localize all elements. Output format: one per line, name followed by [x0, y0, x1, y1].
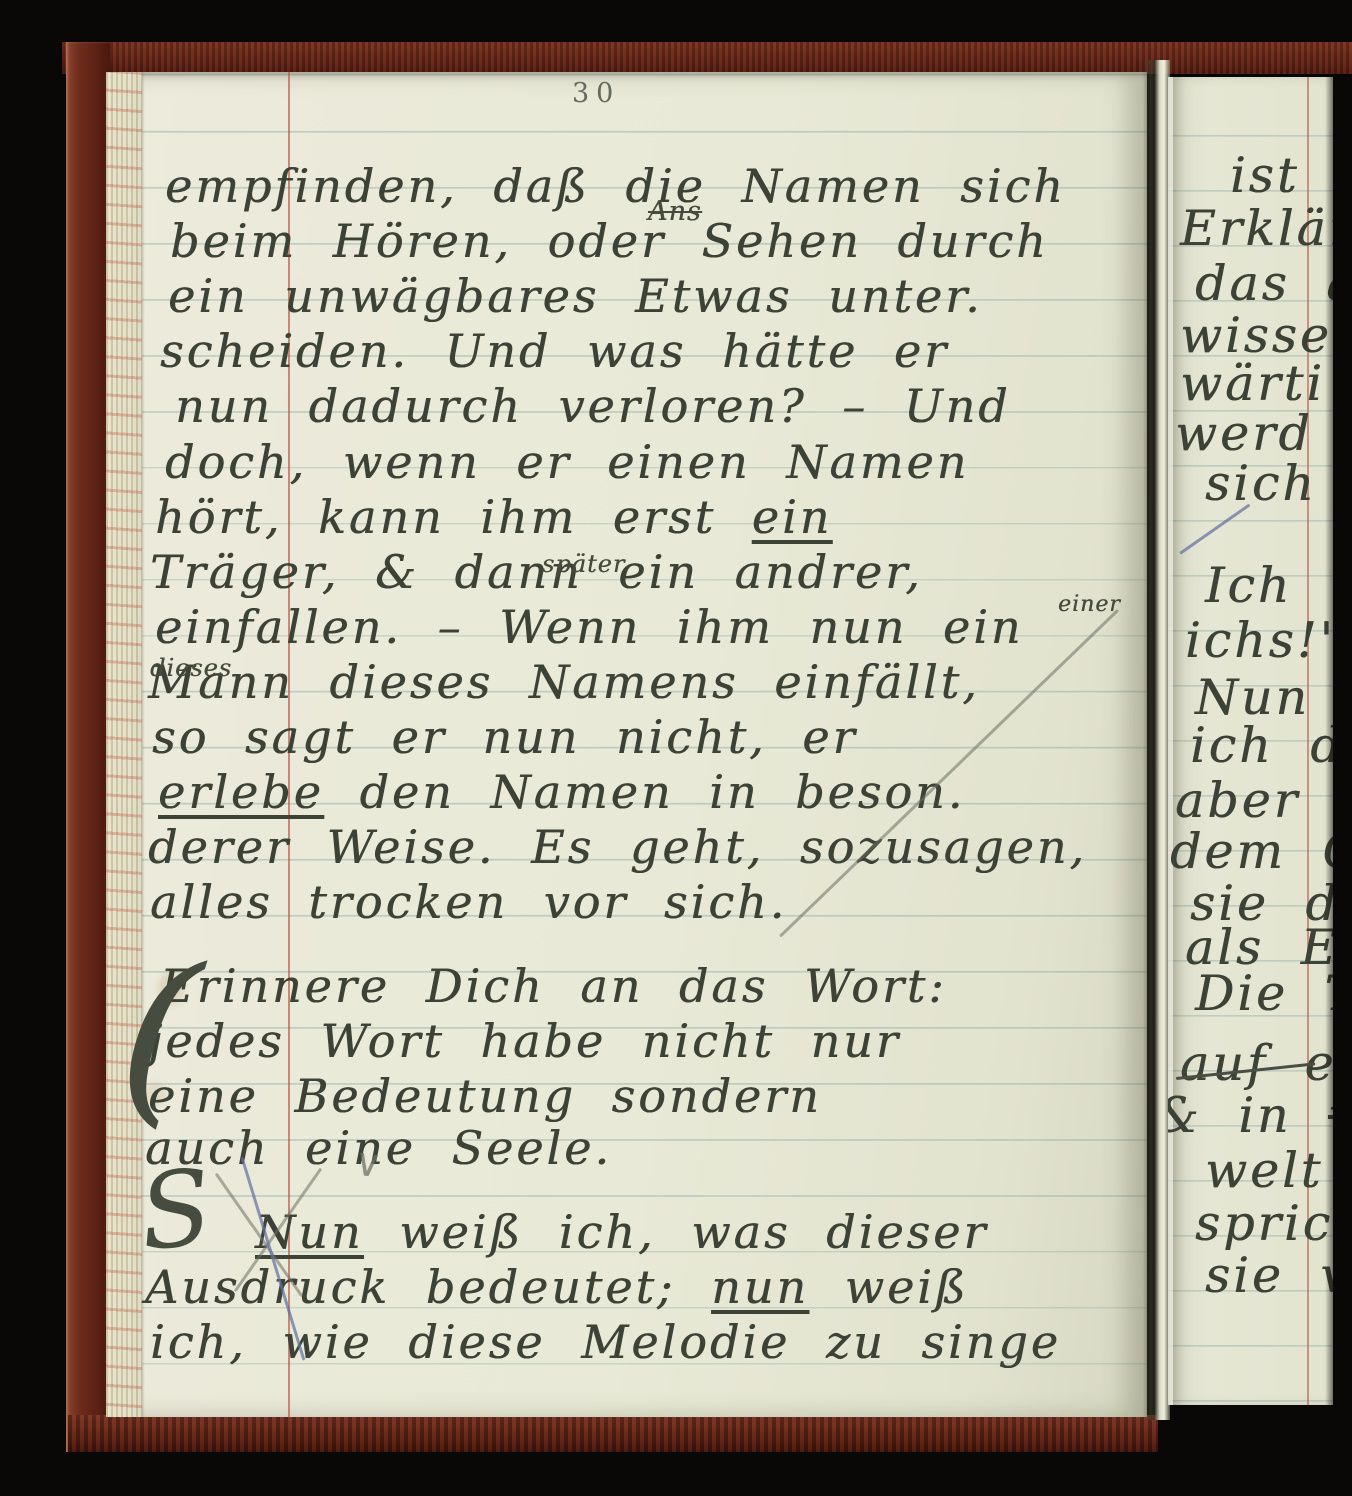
manuscript-word-group: sprich — [1195, 1195, 1333, 1252]
manuscript-word-group: wel — [1328, 1087, 1333, 1144]
manuscript-word-group: ein — [752, 490, 833, 544]
manuscript-line: & in wel — [1168, 1090, 1333, 1141]
manuscript-word-group: eine Bedeutung sondern — [148, 1069, 822, 1123]
right-page: ist —Erklärundas abwissenwärtiwerdsich u… — [1168, 77, 1333, 1405]
manuscript-word-group: ich, wie diese Melodie zu singe — [150, 1315, 1061, 1369]
manuscript-line: nun dadurch verloren? – Und — [175, 382, 1011, 430]
manuscript-line: wärti — [1180, 358, 1325, 409]
manuscript-line: derer Weise. Es geht, sozusagen, — [148, 823, 1087, 871]
page-number: 30 — [572, 78, 620, 109]
manuscript-word-group: Träger, & dann ein andrer, — [150, 545, 923, 599]
manuscript-word-group: den Namen in beson. — [324, 765, 965, 819]
manuscript-line: ist — — [1230, 150, 1333, 201]
manuscript-word-group: einfallen. – Wenn ihm nun ein — [155, 600, 1023, 654]
manuscript-line: jedes Wort habe nicht nur — [148, 1017, 901, 1065]
manuscript-word-group: so sagt er nun nicht, er — [152, 710, 858, 764]
manuscript-line: empfinden, daß die Namen sich — [165, 162, 1066, 210]
manuscript-word-group: nun — [711, 1260, 809, 1314]
gutter-fold — [1143, 60, 1170, 1420]
book-cover-spine — [66, 42, 110, 1452]
book-cover-bottom-edge — [68, 1415, 1158, 1452]
manuscript-word-group: doch, wenn er einen Namen — [165, 435, 969, 489]
manuscript-line: ich de — [1190, 720, 1333, 771]
manuscript-word-group: Ausdruck bedeutet; — [145, 1260, 711, 1314]
manuscript-word-group: Erinnere Dich an das Wort: — [160, 959, 947, 1013]
manuscript-line: dem G — [1170, 826, 1333, 877]
manuscript-line: Erklärun — [1180, 203, 1333, 254]
manuscript-word-group: alles trocken vor sich. — [150, 875, 787, 929]
manuscript-word-group: beim Hören, oder Sehen durch — [170, 214, 1049, 268]
manuscript-word-group: scheiden. Und was hätte er — [160, 324, 949, 378]
manuscript-line: aber d — [1175, 775, 1333, 826]
manuscript-word-group: weiß ich, was dieser — [364, 1205, 989, 1259]
manuscript-word-group: dem G — [1170, 823, 1333, 880]
manuscript-line: doch, wenn er einen Namen — [165, 438, 969, 486]
manuscript-line: erlebe den Namen in beson. — [158, 768, 965, 816]
page-fore-edge-speckles — [106, 72, 142, 1417]
manuscript-line: einfallen. – Wenn ihm nun ein — [155, 603, 1023, 651]
manuscript-line: Ausdruck bedeutet; nun weiß — [145, 1263, 969, 1311]
manuscript-line: ichs!" a — [1185, 615, 1333, 666]
manuscript-line: ich, wie diese Melodie zu singe — [150, 1318, 1061, 1366]
manuscript-line: sie v — [1205, 1250, 1333, 1301]
manuscript-line: Erinnere Dich an das Wort: — [160, 962, 947, 1010]
manuscript-word-group: Erklärun — [1180, 200, 1333, 257]
notebook-photo: 30 empfinden, daß die Namen sichbeim Hör… — [0, 0, 1352, 1496]
manuscript-line: Träger, & dann ein andrer, — [150, 548, 923, 596]
manuscript-line: eine Bedeutung sondern — [148, 1072, 822, 1120]
manuscript-word-group: aber d — [1175, 772, 1333, 829]
manuscript-line: ein unwägbares Etwas unter. — [168, 272, 983, 320]
manuscript-line: werd — [1175, 408, 1313, 459]
manuscript-line: welt — [1205, 1145, 1323, 1196]
interlinear-insertion: Ans — [648, 196, 702, 227]
manuscript-word-group: weiß — [809, 1260, 969, 1314]
manuscript-word-group: Die Ta — [1195, 965, 1333, 1022]
manuscript-word-group: nun dadurch verloren? – Und — [175, 379, 1011, 433]
manuscript-word-group: erlebe — [158, 765, 324, 819]
manuscript-line: so sagt er nun nicht, er — [152, 713, 858, 761]
manuscript-line: sprich — [1195, 1198, 1333, 1249]
manuscript-line: Die Ta — [1195, 968, 1333, 1019]
section-s-mark: S — [135, 1155, 217, 1266]
manuscript-line: sich u — [1205, 458, 1333, 509]
manuscript-word-group: ichs!" a — [1185, 612, 1333, 669]
manuscript-word-group: ist — — [1230, 147, 1333, 204]
manuscript-word-group: & in — [1168, 1087, 1328, 1144]
manuscript-line: scheiden. Und was hätte er — [160, 327, 949, 375]
manuscript-word-group: das ab — [1195, 255, 1333, 312]
pencil-check-mark: ∨ — [351, 1142, 384, 1184]
manuscript-word-group: ich de — [1190, 717, 1333, 774]
manuscript-word-group: ein unwägbares Etwas unter. — [168, 269, 983, 323]
manuscript-line: Nun weiß ich, was dieser — [255, 1208, 988, 1256]
left-page: 30 empfinden, daß die Namen sichbeim Hör… — [106, 72, 1147, 1417]
manuscript-line: wissen — [1180, 310, 1333, 361]
manuscript-line: hört, kann ihm erst ein — [155, 493, 832, 541]
manuscript-line: Mann dieses Namens einfällt, — [148, 658, 980, 706]
manuscript-word-group: hört, kann ihm erst — [155, 490, 752, 544]
manuscript-word-group: Ich — [1205, 557, 1292, 614]
interlinear-insertion: dieses — [150, 654, 232, 682]
manuscript-word-group: Mann dieses Namens einfällt, — [148, 655, 980, 709]
manuscript-word-group: welt — [1205, 1142, 1323, 1199]
manuscript-word-group: derer Weise. Es geht, sozusagen, — [148, 820, 1087, 874]
manuscript-word-group: empfinden, daß die Namen sich — [165, 159, 1066, 213]
manuscript-word-group: wärti — [1180, 355, 1325, 412]
interlinear-insertion: später — [542, 550, 625, 578]
manuscript-word-group: sie v — [1205, 1247, 1333, 1304]
manuscript-line: Ich — [1205, 560, 1292, 611]
manuscript-word-group: werd — [1175, 405, 1313, 462]
manuscript-word-group: jedes Wort habe nicht nur — [148, 1014, 901, 1068]
manuscript-line: alles trocken vor sich. — [150, 878, 787, 926]
manuscript-line: Nun — [1195, 672, 1310, 723]
manuscript-line: beim Hören, oder Sehen durch — [170, 217, 1049, 265]
manuscript-word-group: sich u — [1205, 455, 1333, 512]
manuscript-line: das ab — [1195, 258, 1333, 309]
